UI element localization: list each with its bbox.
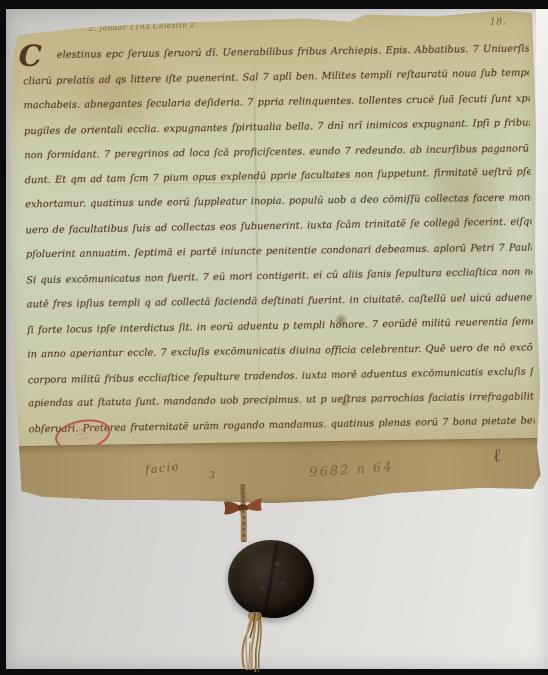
seal-cord-knot [216,484,268,544]
charter-photograph: 2. Januar 1193 Celestin 2. 18. C elestin… [0,0,548,675]
archive-stamp-text-row: ····· [79,437,89,442]
plica-flourish-mark: ℓ [492,447,502,466]
plica-number-note: 3 [209,472,215,481]
plica-shelfmark-note: 9682 n 64 [309,461,394,480]
parchment-sheet: 2. Januar 1193 Celestin 2. 18. C elestin… [4,9,542,509]
backdrop-glare [536,9,548,372]
folio-number: 18. [490,17,507,27]
charter-text-body: elestinus epc ſeruus ſeruorū dī. Uenerab… [23,37,536,468]
seal-tassel [234,612,276,672]
plica-docket-note: facio [145,461,180,476]
